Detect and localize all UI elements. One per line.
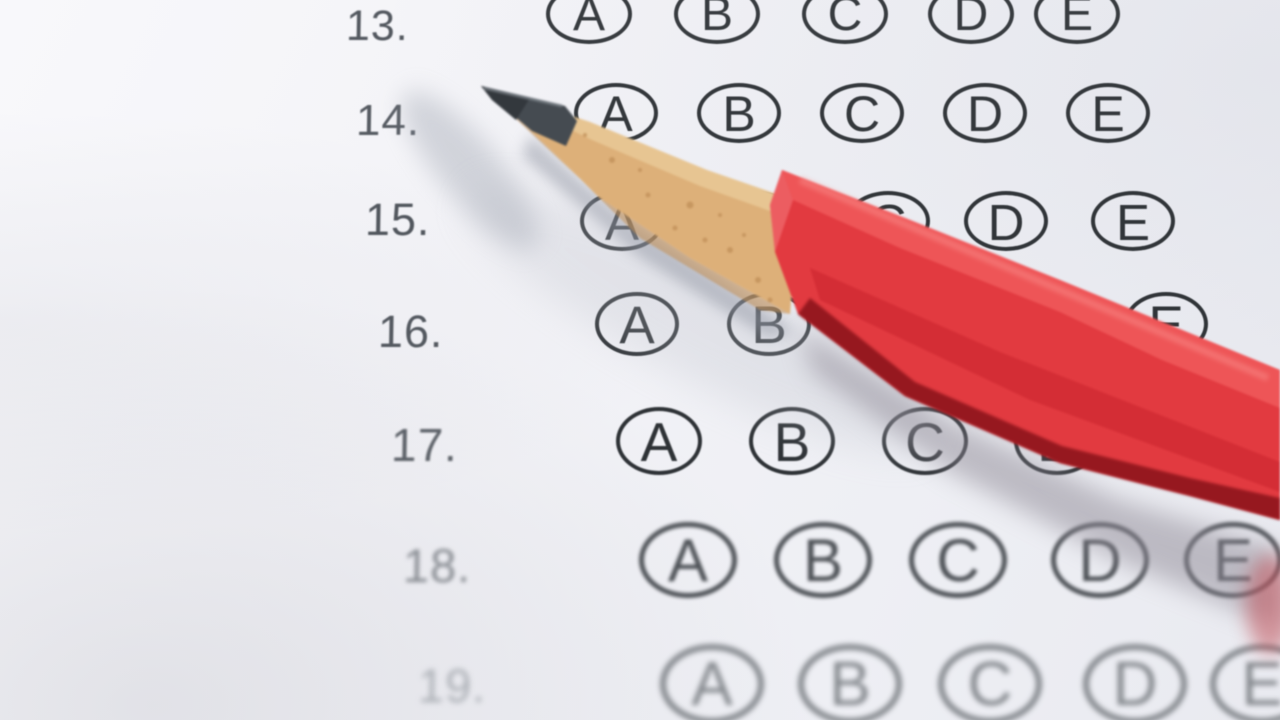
answer-sheet-photo: 13.ABCDE14.ABCDE15.ABCDE16.ABCDE17.ABCDE… xyxy=(0,0,1280,720)
pencil-graphite-tip xyxy=(481,86,577,146)
red-pencil xyxy=(0,0,1280,720)
